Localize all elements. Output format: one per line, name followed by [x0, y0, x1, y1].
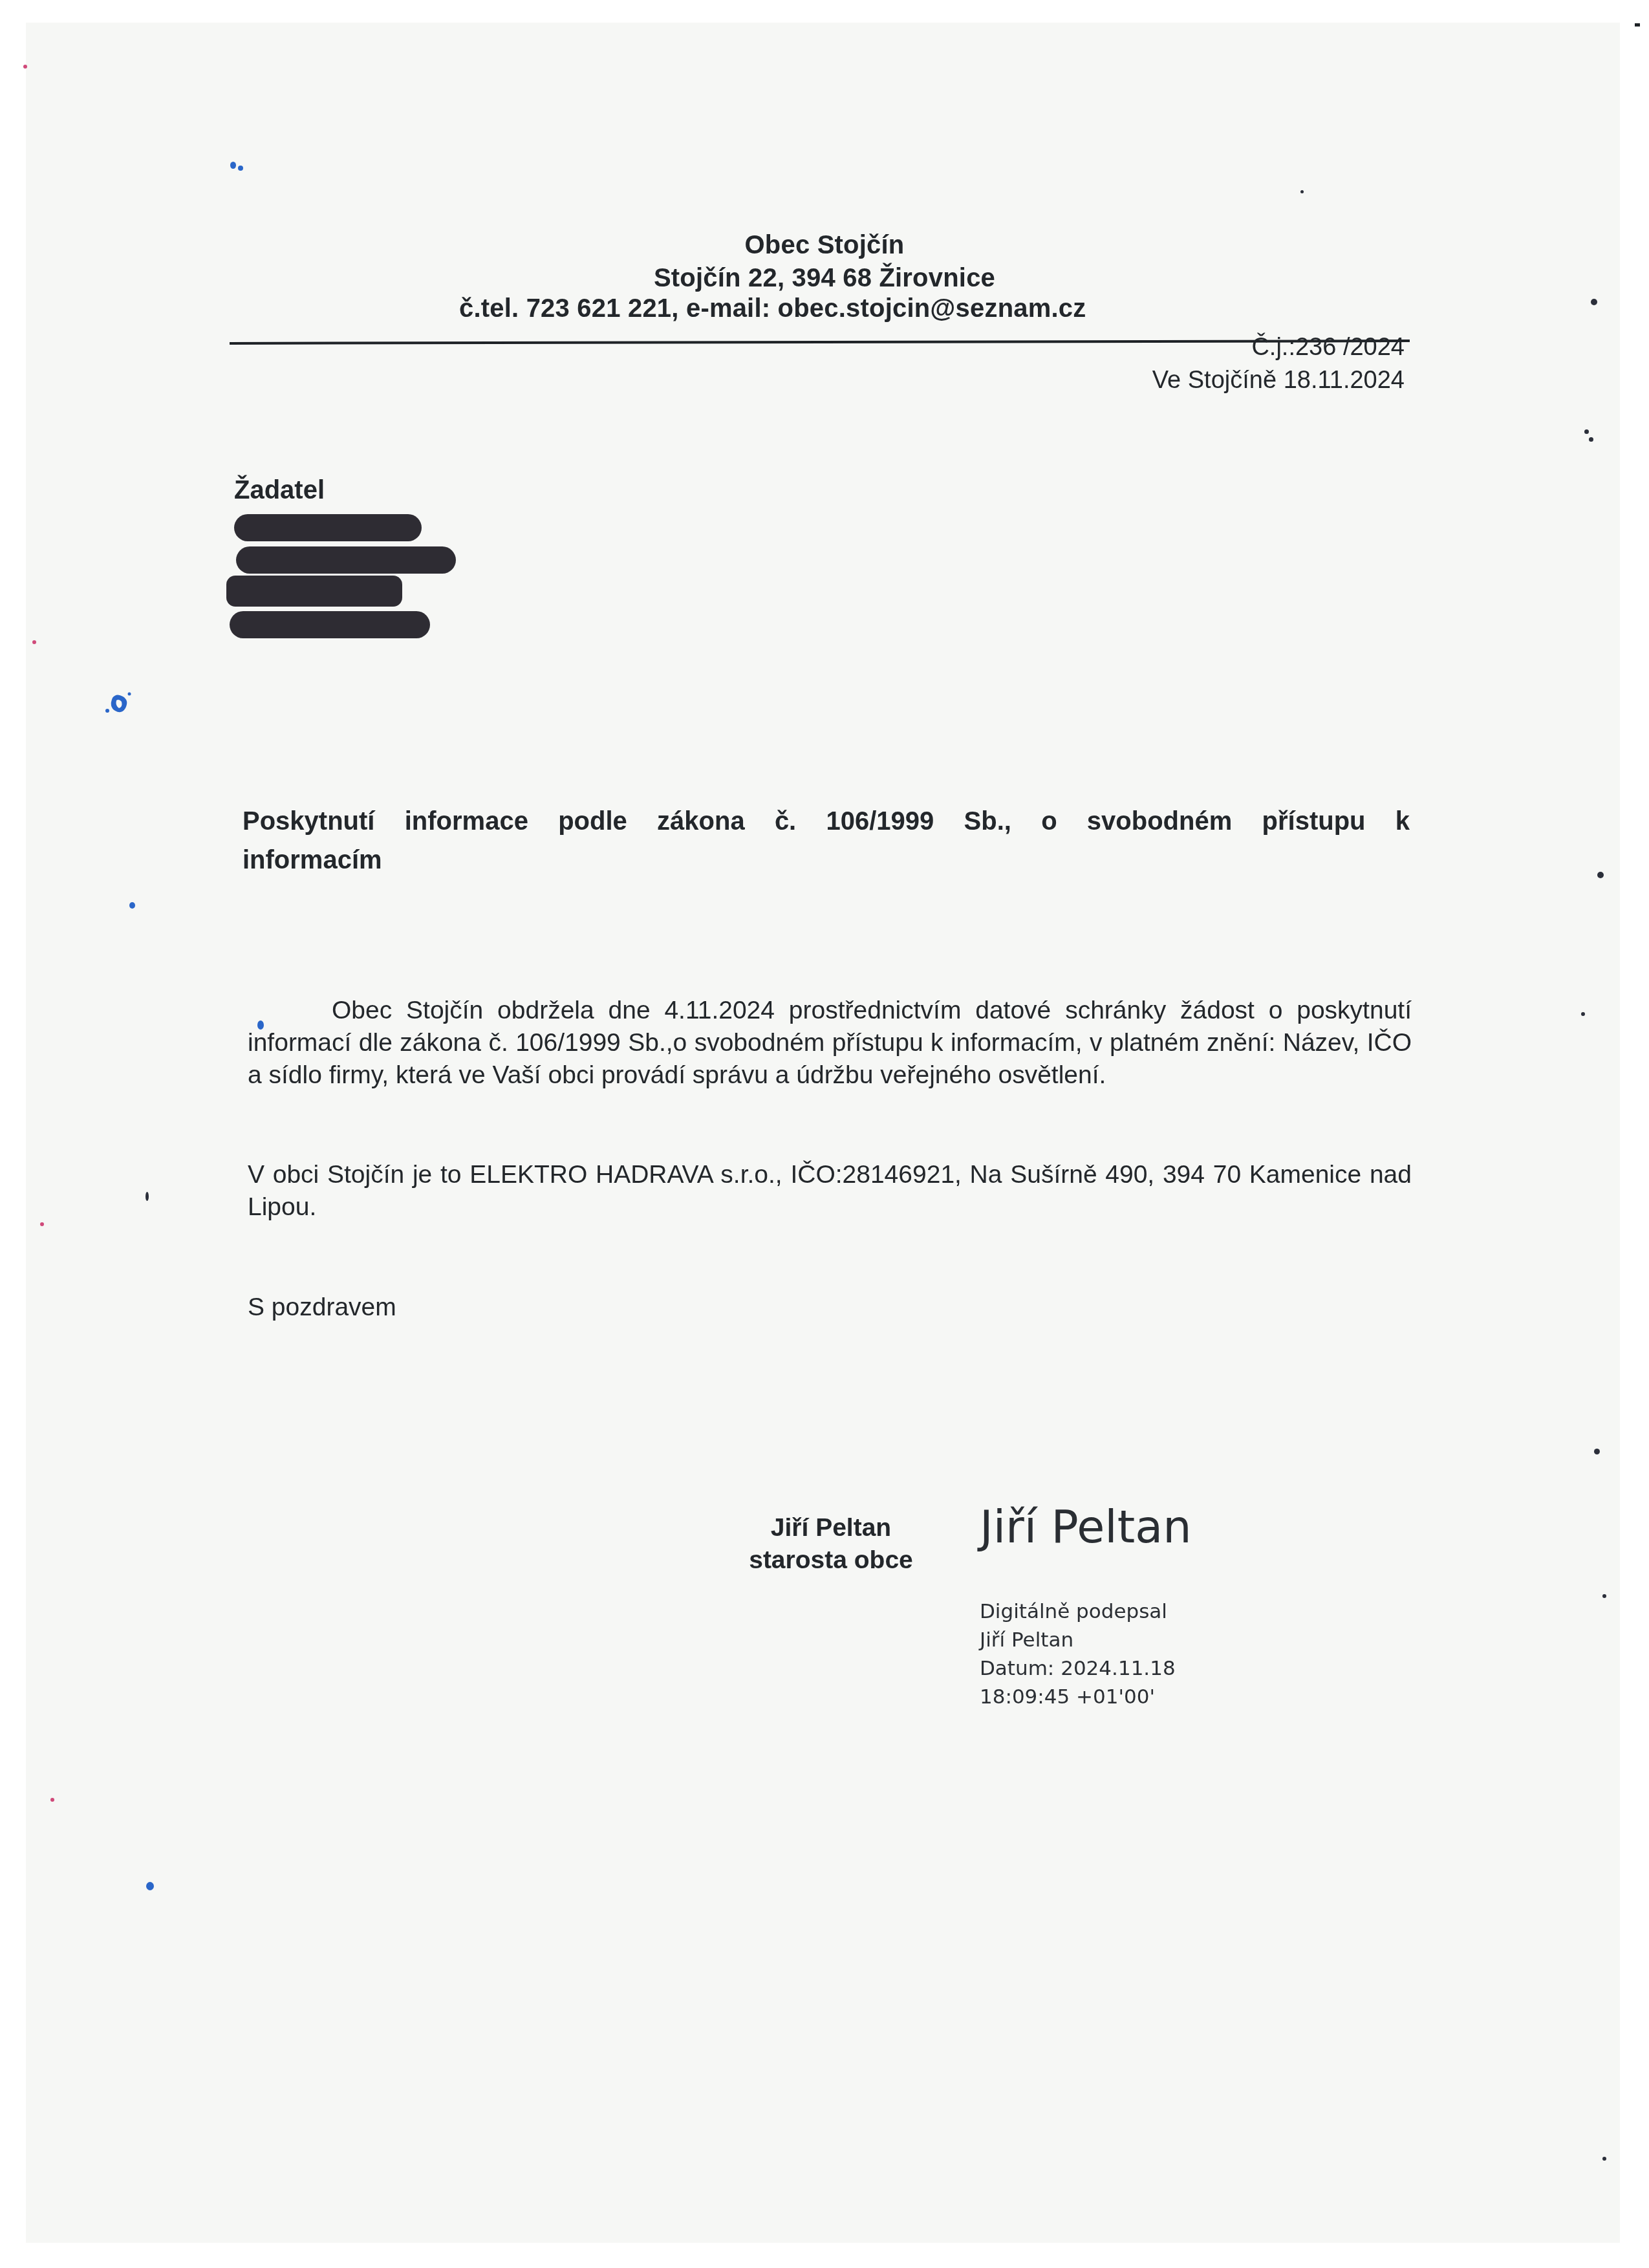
digital-signature-line: Jiří Peltan — [980, 1626, 1176, 1654]
ink-speck — [40, 1222, 44, 1226]
ink-speck — [146, 1882, 154, 1890]
digital-signature-details: Digitálně podepsal Jiří Peltan Datum: 20… — [980, 1597, 1176, 1711]
ink-speck — [1602, 2157, 1606, 2161]
digital-signature-name: Jiří Peltan — [980, 1500, 1192, 1553]
ink-speck — [238, 166, 243, 171]
redaction-bar — [226, 576, 402, 607]
digital-signature-line: Datum: 2024.11.18 — [980, 1654, 1176, 1683]
letterhead-address: Stojčín 22, 394 68 Žirovnice — [0, 264, 1649, 293]
ink-speck — [1591, 299, 1597, 305]
letter-subject: Poskytnutí informace podle zákona č. 106… — [242, 802, 1410, 880]
ink-speck — [1589, 437, 1593, 442]
ink-speck — [50, 1798, 54, 1802]
scan-edge-mark — [1635, 23, 1640, 27]
redaction-bar — [230, 611, 430, 638]
ink-speck — [1597, 872, 1604, 878]
case-number: Č.j.:236 /2024 — [1152, 331, 1405, 364]
reference-block: Č.j.:236 /2024 Ve Stojčíně 18.11.2024 — [1152, 331, 1405, 397]
ink-speck — [32, 640, 36, 644]
ink-speck — [257, 1021, 264, 1030]
place-date: Ve Stojčíně 18.11.2024 — [1152, 364, 1405, 397]
ink-speck — [129, 902, 135, 909]
body-paragraph-answer: V obci Stojčín je to ELEKTRO HADRAVA s.r… — [248, 1159, 1412, 1224]
signatory-block: Jiří Peltan starosta obce — [711, 1512, 951, 1577]
ink-speck — [1584, 429, 1589, 434]
body-paragraph-request: Obec Stojčín obdržela dne 4.11.2024 pros… — [248, 995, 1412, 1092]
redaction-bar — [236, 546, 456, 574]
ink-speck — [1602, 1594, 1606, 1598]
redaction-bar — [234, 514, 422, 541]
ink-speck — [230, 162, 236, 169]
ink-speck — [1300, 190, 1304, 193]
closing-salutation: S pozdravem — [248, 1293, 396, 1322]
ink-blot-icon — [103, 689, 136, 717]
recipient-label: Žadatel — [234, 476, 325, 505]
ink-speck — [1594, 1449, 1600, 1454]
letterhead-contact: č.tel. 723 621 221, e-mail: obec.stojcin… — [459, 294, 1086, 323]
ink-speck — [1581, 1012, 1585, 1016]
ink-speck — [23, 65, 27, 69]
ink-speck — [145, 1192, 149, 1201]
letterhead-organization: Obec Stojčín — [0, 231, 1649, 260]
signatory-name: Jiří Peltan — [711, 1512, 951, 1544]
digital-signature-line: Digitálně podepsal — [980, 1597, 1176, 1626]
signatory-title: starosta obce — [711, 1544, 951, 1577]
digital-signature-line: 18:09:45 +01'00' — [980, 1683, 1176, 1711]
